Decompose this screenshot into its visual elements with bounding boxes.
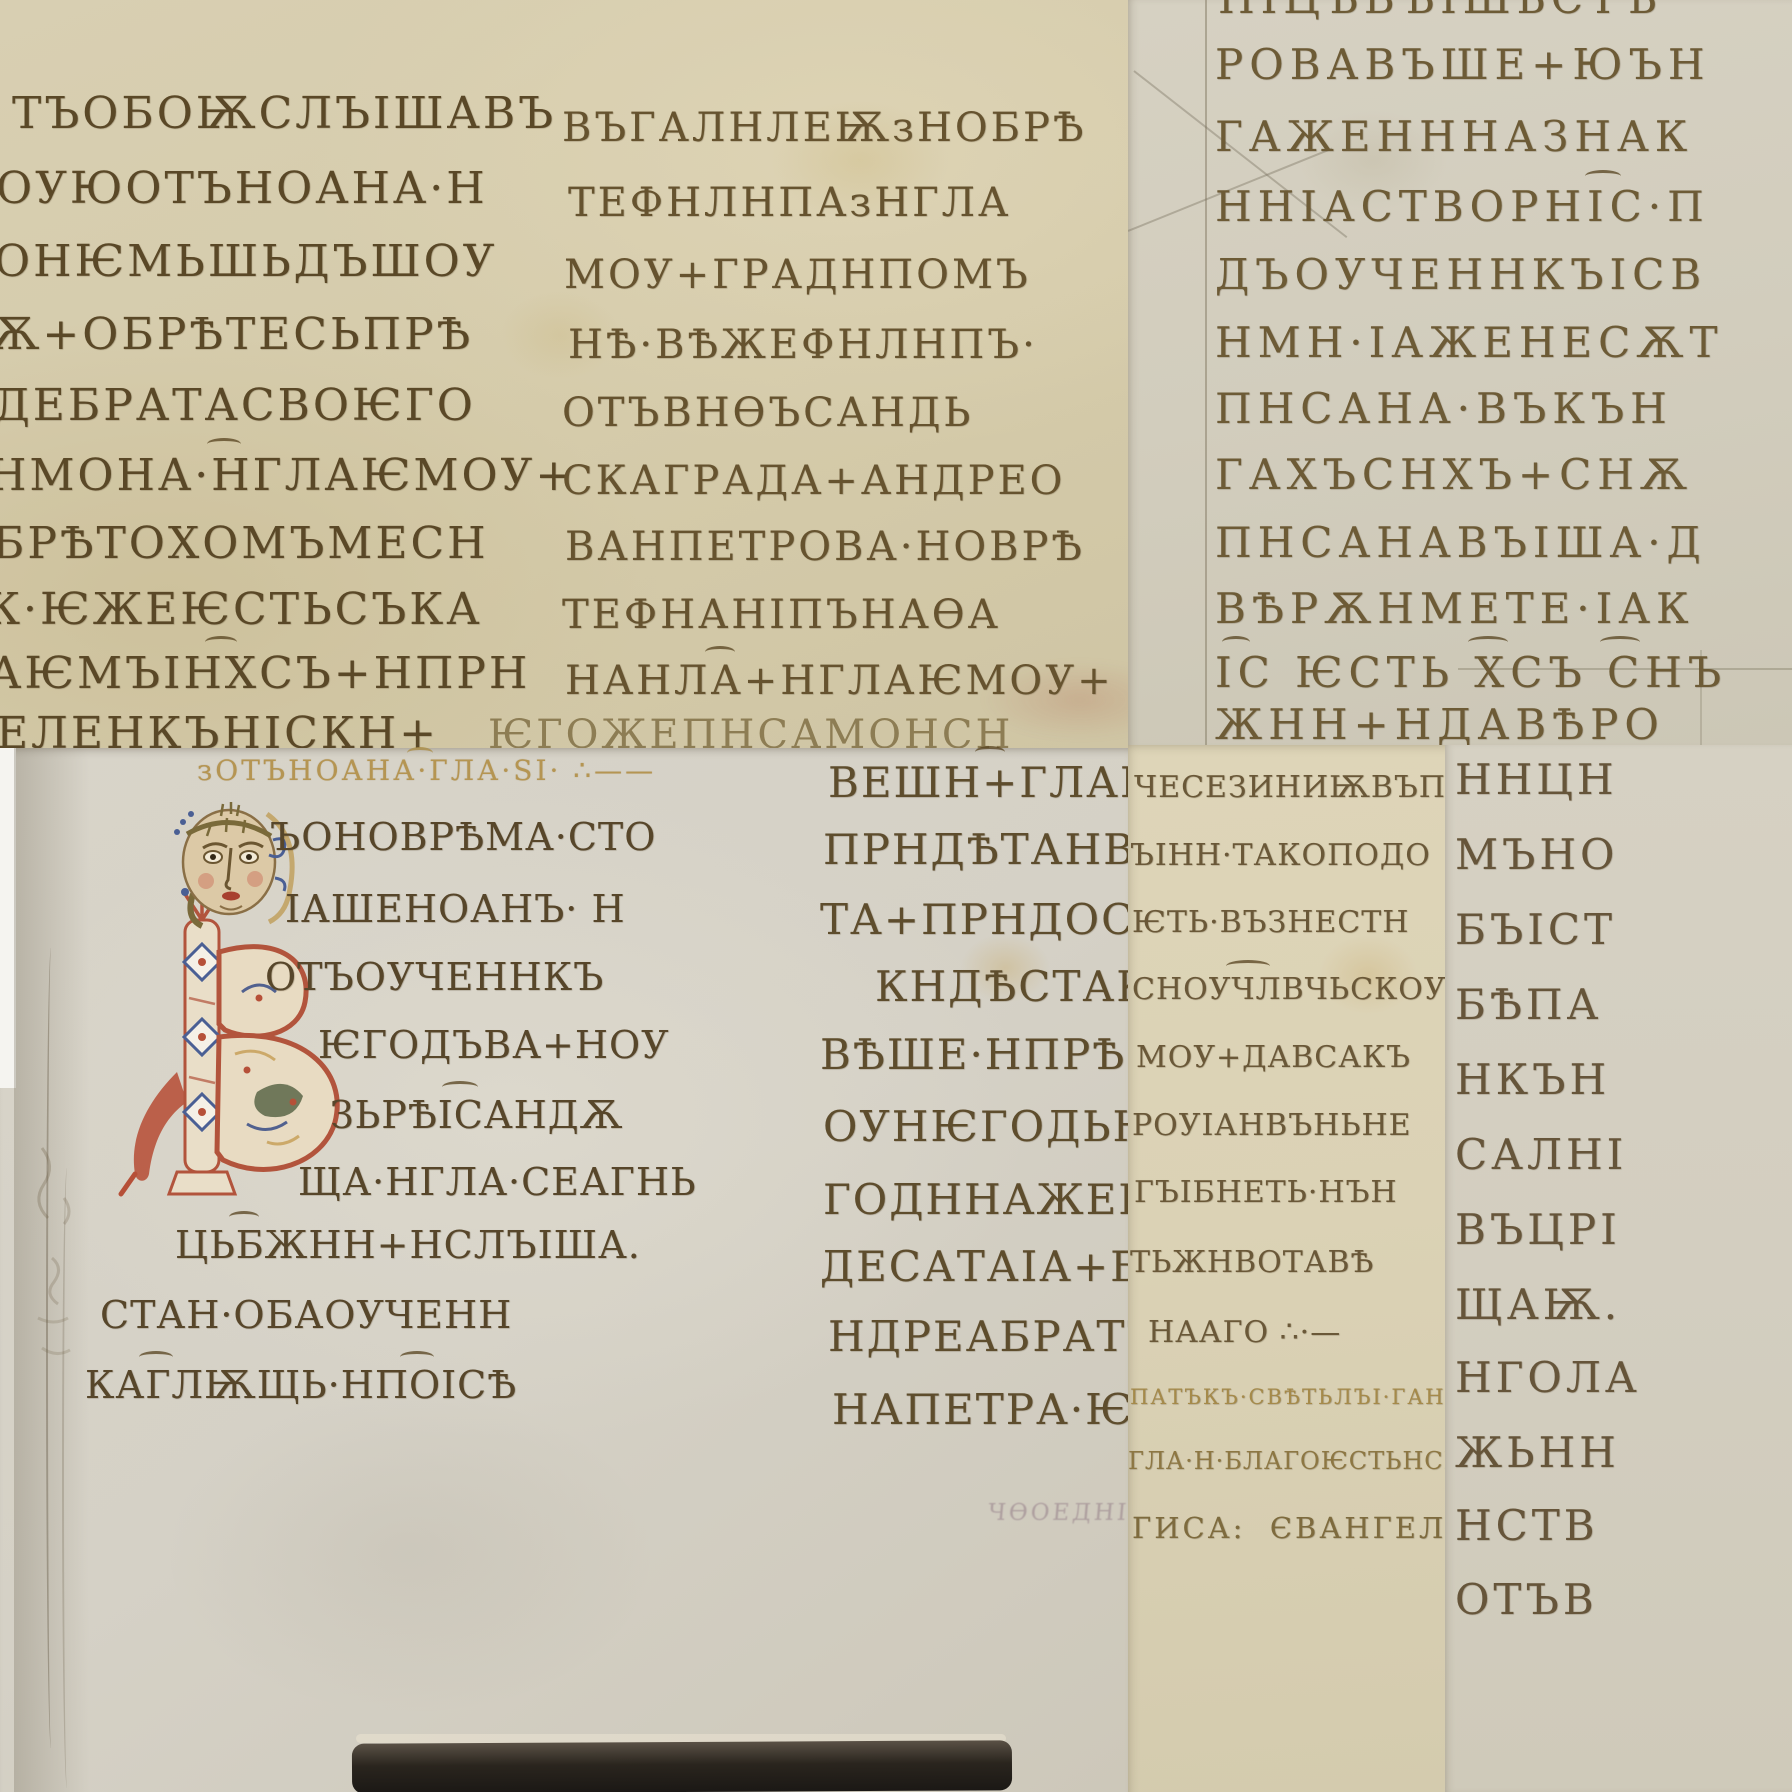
text-line: ДЪОУЧЕННКЪІСВ (1215, 250, 1707, 299)
titlo-mark (139, 1351, 173, 1363)
text-line: РОУІАНВЪНЬНЕ (1132, 1108, 1412, 1143)
text-line: ЧЕСЕЗИНИѬВЪПОУ (1134, 770, 1445, 805)
text-line: ДЕСАТАІА+БѢ (820, 1242, 1128, 1291)
titlo-mark (975, 746, 1005, 758)
photo-bottom-left: зОТЪНОАНА·ГЛА·ЅІ· ∴—— В (0, 748, 1128, 1792)
text-line: МЪНО (1455, 830, 1618, 879)
text-line: ВЪГАЛНЛЕѬзНОБРѢ (562, 105, 1086, 151)
text-line: НМОНА·НГЛАѤМОУ+ (0, 450, 575, 501)
text-line: ОТЪОУЧЕННКЪ (265, 955, 604, 999)
text-line: ЪОНОВРѢМА·СТО (270, 815, 656, 859)
text-line: ѤГОДЪВА+НОУ (318, 1023, 670, 1067)
text-line: БЪІСТ (1455, 905, 1616, 954)
show-through-text: ЧѲОЕДНІА (987, 1500, 1128, 1526)
text-line: Ѫ+ОБРѢТЕСЬПРѢ (0, 309, 473, 360)
titlo-mark (1468, 636, 1508, 648)
titlo-mark (442, 1081, 478, 1093)
text-line: ННІАСТВОРНІС·П (1215, 182, 1710, 231)
text-line: ОУЮОТЪНОАНА·Н (0, 163, 488, 214)
text-line: НГОЛА (1455, 1353, 1641, 1402)
titlo-mark (407, 747, 433, 759)
text-line: ІАШЕНОАНЪ· Н (285, 887, 626, 931)
text-line: ЗЬРѢІСАНДѪ (330, 1093, 623, 1137)
text-line: БРѢТОХОМЪМЕСН (0, 518, 489, 569)
text-line: НСТВ (1455, 1501, 1599, 1550)
text-line: ЖНН+НДАВѢРО (1215, 700, 1665, 748)
text-line: АѤМЪІНХСЪ+НПРН (0, 648, 530, 699)
text-line: НМН·ІАЖЕНЕСѪТ (1215, 318, 1723, 367)
text-line: НДРЕАБРАТЪ (828, 1312, 1128, 1361)
illuminated-initial-letter: В (107, 802, 367, 1202)
text-line: ОНѤМЬШЬДЪШОУ (0, 236, 497, 287)
text-line: ПНСАНА·ВЪКЪН (1215, 384, 1673, 433)
titlo-mark (705, 646, 735, 658)
text-line: НКЪН (1455, 1055, 1610, 1104)
text-line: НААГО ∴·— (1148, 1315, 1341, 1350)
text-line: ВЪЦРІ (1455, 1205, 1621, 1254)
text-line: ПНСАНАВЪІША·Д (1215, 518, 1707, 567)
text-line: СНОУЧЛВЧЬСКОУ (1132, 972, 1445, 1007)
text-line: ЪІНН·ТАКОПОДО (1130, 838, 1431, 873)
titlo-mark (1222, 636, 1250, 648)
initial-base (169, 1172, 235, 1194)
text-line: ТЪОБОѬСЛЪІШАВЪ (12, 88, 556, 139)
text-line: ВѢШЕ·НПРѢІ (820, 1030, 1128, 1079)
text-line: ѤТЬ·ВЪЗНЕСТН (1132, 905, 1409, 940)
titlo-mark (229, 1211, 259, 1223)
text-line: БѢПА (1455, 980, 1602, 1029)
text-line: РОВАВЪШЕ+ЮЪН (1215, 40, 1711, 89)
text-line: ННЦН (1455, 755, 1618, 804)
text-line: ГЪІБНЕТЬ·НЪН (1134, 1175, 1398, 1210)
text-line: ПРНДѢТАНВ (823, 825, 1128, 874)
text-line: ТЕФНЛНПАзНГЛА (568, 180, 1011, 226)
text-line: ГАХЪСНХЪ+СНѪ (1215, 450, 1693, 499)
titlo-mark (1600, 636, 1640, 648)
titlo-mark (205, 636, 237, 648)
text-line: ОТЪВ (1455, 1575, 1598, 1624)
photo-top-right: НІЦѢВЪІШЬСТЪ РОВАВЪШЕ+ЮЪН ГАЖЕНННАЗНАК Н… (1128, 0, 1792, 748)
text-line: ѤГОЖЕПНСАМОНСН (488, 712, 1013, 748)
text-line: ДЕБРАТАСВОѤГО (0, 380, 476, 431)
margin-scribble (12, 1138, 112, 1398)
page-bottom-edge-shadow (352, 1740, 1012, 1792)
photo-bottom-mid: ЧЕСЕЗИНИѬВЪПОУ ЪІНН·ТАКОПОДО ѤТЬ·ВЪЗНЕСТ… (1128, 745, 1445, 1792)
text-line: САЛНІ (1455, 1130, 1627, 1179)
titlo-mark (207, 438, 241, 450)
text-line: НАПЕТРА·ѤД (832, 1385, 1128, 1434)
text-line: ОУНѤГОДЬНѢ (823, 1102, 1128, 1151)
rubric-line: ГИСА: ЄВАНГЕЛИѤ : (1132, 1511, 1445, 1545)
initial-mouth (222, 892, 240, 901)
text-line: ВАНПЕТРОВА·НОВРѢ (565, 524, 1085, 570)
text-line: НѢ·ВѢЖЕФНЛНПЪ· (568, 322, 1038, 368)
text-line: НІЦѢВЪІШЬСТЪ (1218, 0, 1662, 23)
text-line: ЕЛЕНКЪНІСКН+ (0, 708, 439, 748)
text-line: ЖЬНН (1455, 1428, 1620, 1477)
ruling-line (1205, 0, 1207, 748)
initial-tail (134, 1072, 187, 1181)
text-line: К·ѤЖЕѤСТЬСЪКА (0, 584, 483, 635)
manuscript-collage: ТЪОБОѬСЛЪІШАВЪ ОУЮОТЪНОАНА·Н ОНѤМЬШЬДЪШО… (0, 0, 1792, 1792)
text-line: МОУ+ГРАДНПОМЪ (564, 252, 1031, 298)
text-line: ТА+ПРНДОСТ (820, 895, 1128, 944)
text-line: СТАН·ОБАОУЧЕНН (100, 1293, 512, 1337)
text-line: ЦЬБЖНН+НСЛЪІША. (175, 1223, 641, 1267)
rubric-line: ГЛА·Н·БЛАГОѤСТЬНСПОВѢ (1128, 1447, 1445, 1475)
illuminated-initial-art (107, 802, 367, 1202)
text-line: ТЬЖНВОТАВѢ (1130, 1245, 1374, 1280)
text-line: ІС ѤСТЬ ХСЪ СНЪ (1215, 648, 1727, 697)
titlo-mark (1585, 170, 1621, 182)
photo-top-left: ТЪОБОѬСЛЪІШАВЪ ОУЮОТЪНОАНА·Н ОНѤМЬШЬДЪШО… (0, 0, 1128, 748)
text-line: ВЕШН+ГЛАН (828, 758, 1128, 807)
text-line: ВѢРѪНМЕТЕ·ІАК (1215, 584, 1695, 633)
text-line: СКАГРАДА+АНДРЕО (562, 458, 1065, 504)
text-line: ЩАѬ. (1455, 1280, 1621, 1329)
text-line: НАНЛА+НГЛАѤМОУ+ (565, 658, 1114, 704)
text-line: КНДѢСТАКЪ (875, 962, 1128, 1011)
text-line: ГАЖЕНННАЗНАК (1215, 112, 1693, 161)
titlo-mark (1226, 960, 1270, 972)
text-line: ТЕФНАНІПЪНАѲА (562, 592, 1001, 638)
text-line: МОУ+ДАВСАКЪ (1136, 1040, 1411, 1075)
titlo-mark (400, 1351, 434, 1363)
rubric-line: ПАТЪКЪ·СВѢТЬЛЪІ·ГАНѢ: (1130, 1385, 1445, 1409)
text-line: ЩА·НГЛА·СЕАГНЬ (298, 1160, 697, 1204)
text-line: ОТЪВНѲЪСАНДЬ (562, 390, 973, 436)
text-line: КАГЛѬЩЬ·НПОІСѢ (85, 1363, 517, 1407)
photo-bottom-right: ННЦН МЪНО БЪІСТ БѢПА НКЪН САЛНІ ВЪЦРІ ЩА… (1445, 745, 1792, 1792)
text-line: ГОДННАЖЕБѢ (823, 1175, 1128, 1224)
parchment-stain (160, 1388, 660, 1718)
